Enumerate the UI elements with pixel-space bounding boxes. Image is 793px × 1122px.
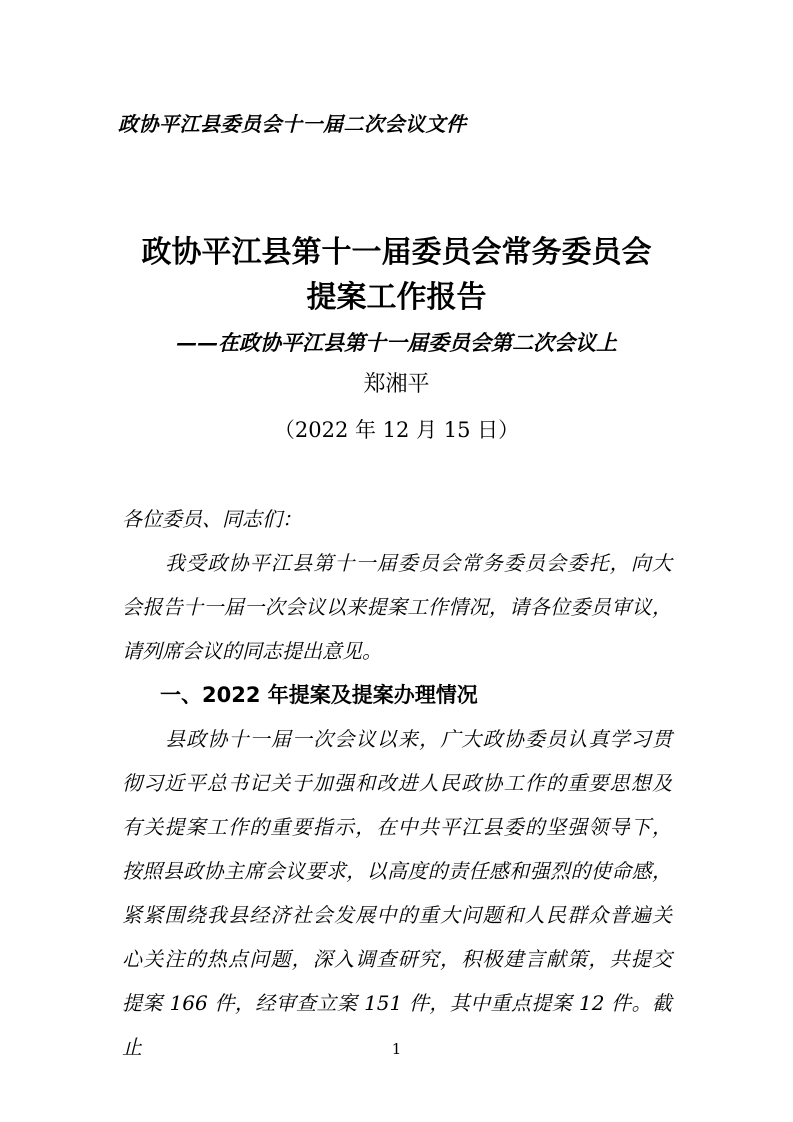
body-line: 紧紧围绕我县经济社会发展中的重大问题和人民群众普遍关 xyxy=(122,893,672,937)
section-heading: 一、2022 年提案及提案办理情况 xyxy=(122,673,672,717)
body-line: 心关注的热点问题，深入调查研究，积极建言献策，共提交 xyxy=(122,937,672,981)
salutation-line: 各位委员、同志们： xyxy=(122,497,672,541)
body-line: 按照县政协主席会议要求，以高度的责任感和强烈的使命感， xyxy=(122,849,672,893)
body-line: 彻习近平总书记关于加强和改进人民政协工作的重要思想及 xyxy=(122,761,672,805)
document-date: （2022 年 12 月 15 日） xyxy=(0,408,793,452)
document-page: 政协平江县委员会十一届二次会议文件 政协平江县第十一届委员会常务委员会 提案工作… xyxy=(0,0,793,1122)
body-line: 我受政协平江县第十一届委员会常务委员会委托，向大 xyxy=(122,541,672,585)
body-line: 有关提案工作的重要指示，在中共平江县委的坚强领导下， xyxy=(122,805,672,849)
document-title: 政协平江县第十一届委员会常务委员会 提案工作报告 xyxy=(0,230,793,320)
document-title-line-2: 提案工作报告 xyxy=(0,275,793,320)
speaker-name: 郑湘平 xyxy=(0,363,793,407)
body-line: 县政协十一届一次会议以来，广大政协委员认真学习贯 xyxy=(122,717,672,761)
body-line: 请列席会议的同志提出意见。 xyxy=(122,629,672,673)
document-body: 各位委员、同志们： 我受政协平江县第十一届委员会常务委员会委托，向大 会报告十一… xyxy=(122,497,672,1069)
body-line: 会报告十一届一次会议以来提案工作情况，请各位委员审议， xyxy=(122,585,672,629)
document-subtitle: ——在政协平江县第十一届委员会第二次会议上 xyxy=(0,321,793,365)
page-number: 1 xyxy=(0,1038,793,1060)
document-classification-label: 政协平江县委员会十一届二次会议文件 xyxy=(118,109,467,139)
document-title-line-1: 政协平江县第十一届委员会常务委员会 xyxy=(0,230,793,275)
